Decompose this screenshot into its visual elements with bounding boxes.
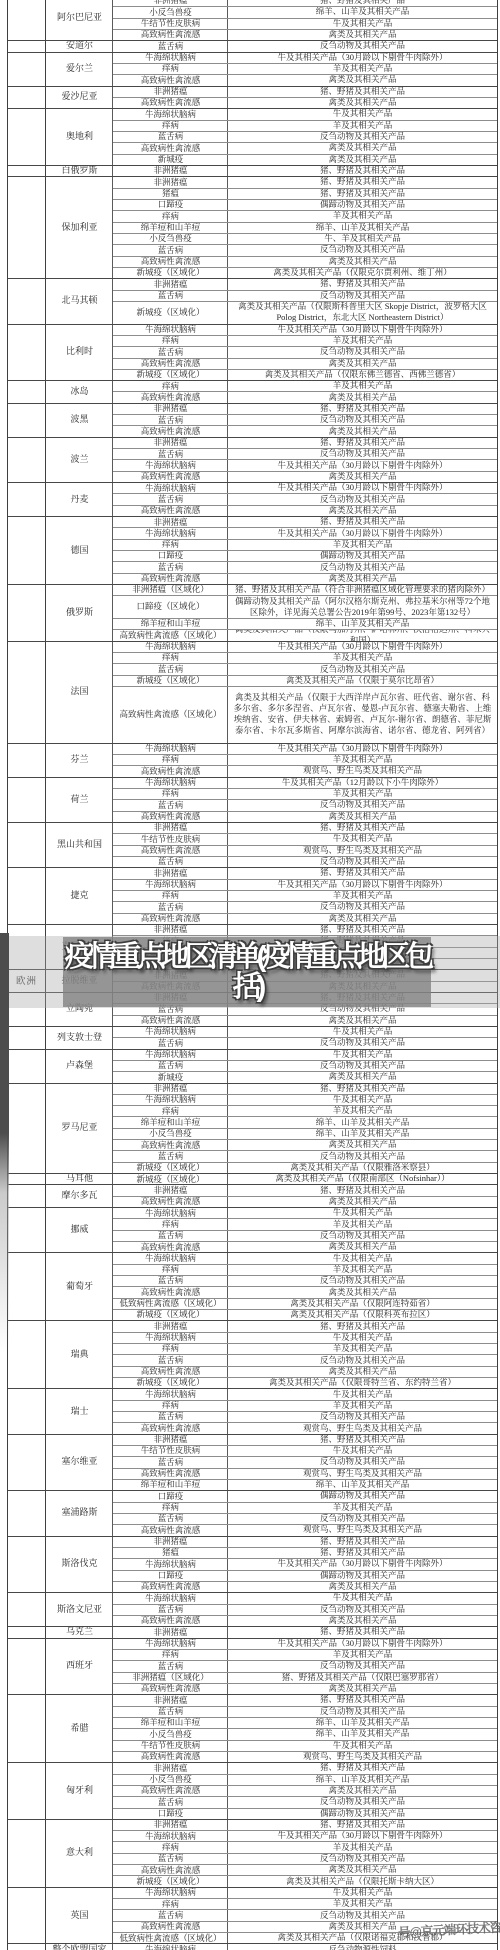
disease-cell: 非洲猪瘟（区域化） (113, 584, 228, 595)
products-cell: 绵羊、山羊及其相关产品 (228, 6, 497, 17)
products-cell: 绵羊、山羊及其相关产品 (228, 1479, 497, 1490)
table-row: 非洲猪瘟猪、野猪及其相关产品 (113, 867, 497, 878)
products-cell: 反刍动物及其相关产品 (228, 1660, 497, 1671)
table-row: 牛海绵状脑病牛及其相关产品 (113, 108, 497, 119)
table-row: 高致病性禽流感禽类及其相关产品 (113, 391, 497, 402)
disease-cell: 非洲猪瘟 (113, 1536, 228, 1547)
disease-cell: 绵羊痘和山羊痘 (113, 222, 228, 233)
disease-cell: 新城疫（区域化） (113, 267, 228, 278)
disease-cell: 牛海绵状脑病 (113, 1943, 228, 1950)
table-row: 蓝舌病反刍动物及其相关产品 (113, 1604, 497, 1615)
products-cell: 羊及其相关产品 (228, 539, 497, 550)
products-cell: 猪、野猪及其相关产品 (228, 822, 497, 833)
products-cell: 羊及其相关产品 (228, 754, 497, 765)
products-cell: 牛及其相关产品 (228, 1207, 497, 1218)
products-cell: 牛及其相关产品 (228, 833, 497, 844)
table-row: 蓝舌病反刍动物及其相关产品 (113, 901, 497, 912)
products-cell: 猪、野猪及其相关产品 (228, 867, 497, 878)
table-row: 牛海绵状脑病牛及其相关产品 (113, 1332, 497, 1343)
disease-cell: 牛海绵状脑病 (113, 1094, 228, 1105)
disease-cell: 痒病 (113, 1105, 228, 1116)
disease-cell: 蓝舌病 (113, 244, 228, 255)
disease-cell: 高致病性禽流感 (113, 1241, 228, 1252)
disease-cell: 口蹄疫 (113, 1808, 228, 1819)
products-cell: 禽类及其相关产品 (228, 391, 497, 402)
disease-cell: 口蹄疫 (113, 550, 228, 561)
table-row: 高致病性禽流感观赏鸟、野生鸟类及其相关产品 (113, 1524, 497, 1535)
country-name-cell: 冰岛 (46, 380, 113, 403)
country-block: 罗马尼亚非洲猪瘟猪、野猪及其相关产品牛海绵状脑病牛及其相关产品痒病羊及其相关产品… (46, 1083, 497, 1174)
products-cell: 猪、野猪及其相关产品 (228, 1434, 497, 1445)
table-row: 蓝舌病反刍动物及其相关产品 (113, 1275, 497, 1286)
disease-rows: 新城疫（区域化）禽类及其相关产品（仅限南部区（Nofsinhar）） (113, 1173, 497, 1184)
products-cell: 禽类及其相关产品（仅限阿连特茹省） (228, 1298, 497, 1309)
disease-cell: 绵羊痘和山羊痘 (113, 618, 228, 629)
products-cell: 牛及其相关产品 (228, 1026, 497, 1037)
disease-cell: 蓝舌病 (113, 799, 228, 810)
disease-cell: 高致病性禽流感 (113, 1581, 228, 1592)
country-block: 列支敦士登牛海绵状脑病牛及其相关产品蓝舌病反刍动物及其相关产品 (46, 1026, 497, 1049)
table-row: 痒病羊及其相关产品 (113, 1502, 497, 1513)
disease-cell: 牛结节性皮肤病 (113, 1740, 228, 1751)
disease-cell: 小反刍兽疫 (113, 6, 228, 17)
products-cell: 禽类及其相关产品（仅限于莫尔比昂省） (228, 675, 497, 686)
products-cell: 反刍动物及其相关产品 (228, 1354, 497, 1365)
products-cell: 猪、野猪及其相关产品 (228, 1184, 497, 1195)
table-row: 口蹄疫偶蹄动物及其相关产品 (113, 1490, 497, 1501)
products-cell: 猪、野猪及其相关产品 (228, 1626, 497, 1637)
products-cell: 禽类及其相关产品 (228, 425, 497, 436)
products-cell: 禽类及其相关产品（仅限雅洛米察县） (228, 1162, 497, 1173)
country-block: 匈牙利非洲猪瘟猪、野猪及其相关产品小反刍兽疫绵羊、山羊及其相关产品高致病性禽流感… (46, 1762, 497, 1819)
products-cell: 绵羊、山羊及其相关产品 (228, 1728, 497, 1739)
products-cell: 反刍动物及其相关产品 (228, 1275, 497, 1286)
disease-cell: 蓝舌病 (113, 1909, 228, 1920)
table-row: 高致病性禽流感禽类及其相关产品 (113, 1864, 497, 1875)
table-row: 绵羊痘和山羊痘绵羊、山羊及其相关产品 (113, 1116, 497, 1127)
country-name-cell: 丹麦 (46, 482, 113, 516)
disease-cell: 牛海绵状脑病 (113, 324, 228, 335)
disease-rows: 牛海绵状脑病牛及其相关产品蓝舌病反刍动物及其相关产品高致病性禽流感禽类及其相关产… (113, 1592, 497, 1626)
table-row: 蓝舌病反刍动物及其相关产品 (113, 1411, 497, 1422)
disease-cell: 高致病性禽流感 (113, 765, 228, 776)
disease-rows: 牛海绵状脑病牛及其相关产品（30月龄以下剔骨牛肉除外）蓝舌病反刍动物及其相关产品… (113, 482, 497, 516)
products-cell: 反刍动物及其相关产品 (228, 1037, 497, 1048)
country-block: 乌克兰非洲猪瘟猪、野猪及其相关产品 (46, 1626, 497, 1637)
disease-cell: 非洲猪瘟 (113, 403, 228, 414)
disease-cell: 高致病性禽流感 (113, 1286, 228, 1297)
products-cell: 禽类及其相关产品 (228, 573, 497, 584)
table-row: 痒病羊及其相关产品 (113, 754, 497, 765)
disease-cell: 非洲猪瘟 (113, 176, 228, 187)
products-cell: 禽类及其相关产品（仅限于大西洋岸卢瓦尔省、旺代省、谢尔省、科多尔省、多尔多涅省、… (228, 686, 497, 743)
country-block: 挪威牛海绵状脑病牛及其相关产品痒病羊及其相关产品蓝舌病反刍动物及其相关产品高致病… (46, 1207, 497, 1252)
continent-label: 欧洲 (8, 973, 45, 987)
disease-cell: 痒病 (113, 1649, 228, 1660)
disease-rows: 非洲猪瘟猪、野猪及其相关产品高致病性禽流感禽类及其相关产品 (113, 1184, 497, 1207)
country-name-cell: 捷克 (46, 867, 113, 924)
disease-cell: 牛海绵状脑病 (113, 482, 228, 493)
products-cell: 牛及其相关产品（30月龄以下剔骨牛肉除外） (228, 1638, 497, 1649)
disease-rows: 非洲猪瘟猪、野猪及其相关产品蓝舌病反刍动物及其相关产品新城疫（区域化）禽类及其相… (113, 278, 497, 323)
table-row: 痒病羊及其相关产品 (113, 210, 497, 221)
products-cell: 绵羊、山羊及其相关产品 (228, 618, 497, 629)
table-row: 牛海绵状脑病牛及其相关产品（30月龄以下剔骨牛肉除外） (113, 324, 497, 335)
table-row: 蓝舌病反刍动物及其相关产品 (113, 561, 497, 572)
table-row: 蓝舌病反刍动物及其相关产品 (113, 1150, 497, 1161)
disease-cell: 牛海绵状脑病 (113, 777, 228, 788)
products-cell: 牛及其相关产品 (228, 1332, 497, 1343)
disease-rows: 非洲猪瘟猪、野猪及其相关产品牛海绵状脑病牛及其相关产品（30月龄以下剔骨牛肉除外… (113, 867, 497, 924)
country-block: 希腊非洲猪瘟猪、野猪及其相关产品蓝舌病反刍动物及其相关产品绵羊痘和山羊痘绵羊、山… (46, 1694, 497, 1762)
table-row: 高致病性禽流感观赏鸟、野生鸟类及其相关产品 (113, 765, 497, 776)
table-row: 非洲猪瘟猪、野猪及其相关产品 (113, 437, 497, 448)
products-cell: 禽类及其相关产品（仅限东佛兰德省、西佛兰德省） (228, 369, 497, 380)
products-cell: 反刍动物及其相关产品 (228, 1150, 497, 1161)
disease-rows: 非洲猪瘟猪、野猪及其相关产品牛海绵状脑病牛及其相关产品痒病羊及其相关产品蓝舌病反… (113, 1320, 497, 1388)
disease-cell: 高致病性禽流感 (113, 29, 228, 40)
disease-cell: 高致病性禽流感 (113, 1921, 228, 1932)
products-cell: 禽类及其相关产品 (228, 1286, 497, 1297)
country-block: 白俄罗斯非洲猪瘟猪、野猪及其相关产品 (46, 165, 497, 176)
disease-cell: 牛海绵状脑病 (113, 1252, 228, 1263)
products-cell: 羊及其相关产品 (228, 1898, 497, 1909)
products-cell: 牛及其相关产品 (228, 1592, 497, 1603)
disease-cell: 蓝舌病 (113, 414, 228, 425)
table-row: 非洲猪瘟猪、野猪及其相关产品 (113, 1694, 497, 1705)
products-cell: 绵羊、山羊及其相关产品 (228, 222, 497, 233)
products-cell: 禽类及其相关产品 (228, 1139, 497, 1150)
products-cell: 牛及其相关产品（30月龄以下剔骨牛肉除外） (228, 641, 497, 652)
country-name-cell: 塞尔维亚 (46, 1434, 113, 1491)
disease-cell: 牛海绵状脑病 (113, 1558, 228, 1569)
products-cell: 偶蹄动物及其相关产品（阿尔汉格尔斯克州、弗拉基米尔州等72个地区除外，详见海关总… (228, 595, 497, 618)
table-row: 非洲猪瘟猪、野猪及其相关产品 (113, 86, 497, 97)
products-cell: 禽类及其相关产品 (228, 811, 497, 822)
country-block: 马耳他新城疫（区域化）禽类及其相关产品（仅限南部区（Nofsinhar）） (46, 1173, 497, 1184)
table-row: 高致病性禽流感观赏鸟、野生鸟类及其相关产品 (113, 1422, 497, 1433)
country-name-cell: 芬兰 (46, 743, 113, 777)
table-row: 绵羊痘和山羊痘绵羊、山羊及其相关产品 (113, 1717, 497, 1728)
products-cell: 反刍动物及其相关产品 (228, 561, 497, 572)
country-block: 比利时牛海绵状脑病牛及其相关产品（30月龄以下剔骨牛肉除外）痒病羊及其相关产品蓝… (46, 324, 497, 381)
table-row: 高致病性禽流感禽类及其相关产品 (113, 471, 497, 482)
country-block: 荷兰牛海绵状脑病牛及其相关产品（12月龄以下小牛肉除外）痒病羊及其相关产品蓝舌病… (46, 777, 497, 822)
disease-cell: 高致病性禽流感 (113, 845, 228, 856)
products-cell: 禽类及其相关产品 (228, 1581, 497, 1592)
country-block: 奥地利牛海绵状脑病牛及其相关产品痒病羊及其相关产品蓝舌病反刍动物及其相关产品高致… (46, 108, 497, 165)
products-cell: 绵羊、山羊及其相关产品 (228, 1717, 497, 1728)
products-cell: 牛及其相关产品 (228, 1094, 497, 1105)
disease-cell: 痒病 (113, 1400, 228, 1411)
disease-cell: 痒病 (113, 754, 228, 765)
disease-cell: 痒病 (113, 1841, 228, 1852)
products-cell: 反刍动物及其相关产品 (228, 1060, 497, 1071)
table-row: 痒病羊及其相关产品 (113, 539, 497, 550)
products-cell: 猪、野猪及其相关产品 (228, 165, 497, 176)
disease-cell: 痒病 (113, 63, 228, 74)
disease-cell: 高致病性禽流感 (113, 505, 228, 516)
products-cell: 猪、野猪及其相关产品 (228, 516, 497, 527)
table-row: 痒病羊及其相关产品 (113, 652, 497, 663)
table-row: 新城疫（区域化）禽类及其相关产品（仅限南部区（Nofsinhar）） (113, 1173, 497, 1184)
products-cell: 反刍动物及其相关产品 (228, 493, 497, 504)
products-cell: 羊及其相关产品 (228, 652, 497, 663)
table-row: 牛海绵状脑病牛及其相关产品（30月龄以下剔骨牛肉除外） (113, 52, 497, 63)
country-name-cell: 保加利亚 (46, 176, 113, 278)
country-name-cell: 乌克兰 (46, 1626, 113, 1637)
table-row: 牛海绵状脑病牛及其相关产品（30月龄以下剔骨牛肉除外） (113, 1638, 497, 1649)
products-cell: 牛及其相关产品（30月龄以下剔骨牛肉除外） (228, 879, 497, 890)
products-cell: 牛及其相关产品 (228, 1445, 497, 1456)
country-block: 北马其顿非洲猪瘟猪、野猪及其相关产品蓝舌病反刍动物及其相关产品新城疫（区域化）禽… (46, 278, 497, 323)
table-row: 牛海绵状脑病牛及其相关产品（30月龄以下剔骨牛肉除外） (113, 527, 497, 538)
disease-cell: 高致病性禽流感 (113, 142, 228, 153)
disease-rows: 非洲猪瘟猪、野猪及其相关产品牛结节性皮肤病牛及其相关产品高致病性禽流感观赏鸟、野… (113, 822, 497, 867)
table-row: 口蹄疫偶蹄动物及其相关产品 (113, 199, 497, 210)
disease-cell: 非洲猪瘟 (113, 1762, 228, 1773)
country-name-cell: 意大利 (46, 1819, 113, 1887)
products-cell: 反刍动物及其相关产品 (228, 346, 497, 357)
table-row: 非洲猪瘟猪、野猪及其相关产品 (113, 1819, 497, 1830)
disease-cell: 新城疫（区域化） (113, 1377, 228, 1388)
table-row: 痒病羊及其相关产品 (113, 1264, 497, 1275)
country-block: 西班牙牛海绵状脑病牛及其相关产品（30月龄以下剔骨牛肉除外）痒病羊及其相关产品蓝… (46, 1638, 497, 1695)
disease-cell: 蓝舌病 (113, 1853, 228, 1864)
disease-cell: 高致病性禽流感 (113, 811, 228, 822)
disease-cell: 非洲猪瘟 (113, 1083, 228, 1094)
disease-cell: 痒病 (113, 1218, 228, 1229)
table-row: 牛结节性皮肤病牛及其相关产品 (113, 1740, 497, 1751)
disease-cell: 高致病性禽流感 (113, 1615, 228, 1626)
table-row: 痒病羊及其相关产品 (113, 1649, 497, 1660)
products-cell: 反刍动物及其相关产品 (228, 663, 497, 674)
table-row: 蓝舌病反刍动物及其相关产品 (113, 1660, 497, 1671)
products-cell: 羊及其相关产品 (228, 1400, 497, 1411)
table-row: 蓝舌病反刍动物及其相关产品 (113, 1513, 497, 1524)
table-row: 猪瘟猪、野猪及其相关产品 (113, 188, 497, 199)
disease-cell: 口蹄疫 (113, 1490, 228, 1501)
country-block: 安道尔蓝舌病反刍动物及其相关产品 (46, 40, 497, 51)
disease-cell: 痒病 (113, 120, 228, 131)
disease-cell: 小反刍兽疫 (113, 1728, 228, 1739)
country-name-cell: 罗马尼亚 (46, 1083, 113, 1174)
products-cell: 猪、野猪及其相关产品 (228, 1320, 497, 1331)
products-cell: 禽类及其相关产品 (228, 505, 497, 516)
table-row: 蓝舌病反刍动物及其相关产品 (113, 346, 497, 357)
disease-rows: 非洲猪瘟猪、野猪及其相关产品牛海绵状脑病牛及其相关产品（30月龄以下剔骨牛肉除外… (113, 516, 497, 584)
country-name-cell: 波黑 (46, 403, 113, 437)
country-block: 斯洛文尼亚牛海绵状脑病牛及其相关产品蓝舌病反刍动物及其相关产品高致病性禽流感禽类… (46, 1592, 497, 1626)
table-row: 痒病羊及其相关产品 (113, 120, 497, 131)
products-cell: 牛及其相关产品 (228, 1887, 497, 1898)
products-cell: 反刍动物及其相关产品 (228, 131, 497, 142)
table-row: 猪瘟猪、野猪及其相关产品 (113, 1547, 497, 1558)
disease-cell: 牛海绵状脑病 (113, 527, 228, 538)
country-name-cell: 波兰 (46, 437, 113, 482)
table-row: 低致病性禽流感（区域化）禽类及其相关产品（仅限阿连特茹省） (113, 1298, 497, 1309)
country-block: 瑞士牛海绵状脑病牛及其相关产品痒病羊及其相关产品蓝舌病反刍动物及其相关产品高致病… (46, 1388, 497, 1433)
products-cell: 禽类及其相关产品 (228, 1615, 497, 1626)
country-block: 德国非洲猪瘟猪、野猪及其相关产品牛海绵状脑病牛及其相关产品（30月龄以下剔骨牛肉… (46, 516, 497, 584)
disease-cell: 口蹄疫 (113, 1570, 228, 1581)
country-name-cell: 葡萄牙 (46, 1252, 113, 1320)
table-row: 蓝舌病反刍动物及其相关产品 (113, 244, 497, 255)
products-cell: 禽类及其相关产品（仅限克尔贾利州、维丁州） (228, 267, 497, 278)
products-cell: 观赏鸟、野生鸟类及其相关产品 (228, 1524, 497, 1535)
country-name-cell: 爱沙尼亚 (46, 86, 113, 109)
disease-cell: 猪瘟 (113, 1547, 228, 1558)
products-cell: 反刍动物及其相关产品 (228, 414, 497, 425)
country-name-cell: 卢森堡 (46, 1049, 113, 1083)
disease-cell: 高致病性禽流感 (113, 1422, 228, 1433)
disease-cell: 蓝舌病 (113, 1037, 228, 1048)
table-row: 高致病性禽流感禽类及其相关产品 (113, 1785, 497, 1796)
country-name-cell: 匈牙利 (46, 1762, 113, 1819)
products-cell: 偶蹄动物及其相关产品 (228, 199, 497, 210)
products-cell: 禽类及其相关产品 (228, 1196, 497, 1207)
table-row: 非洲猪瘟猪、野猪及其相关产品 (113, 165, 497, 176)
disease-cell: 蓝舌病 (113, 131, 228, 142)
table-row: 牛海绵状脑病牛及其相关产品（12月龄以下小牛肉除外） (113, 777, 497, 788)
products-cell: 羊及其相关产品 (228, 890, 497, 901)
disease-cell: 痒病 (113, 1343, 228, 1354)
disease-cell: 高致病性禽流感 (113, 97, 228, 108)
products-cell: 禽类及其相关产品 (228, 471, 497, 482)
table-row: 蓝舌病反刍动物及其相关产品 (113, 1456, 497, 1467)
products-cell: 反刍动物及其相关产品 (228, 1706, 497, 1717)
disease-cell: 牛海绵状脑病 (113, 1388, 228, 1399)
disease-cell: 非洲猪瘟 (113, 867, 228, 878)
products-cell: 反刍动物及其相关产品 (228, 448, 497, 459)
disease-cell: 高致病性禽流感 (113, 1366, 228, 1377)
products-cell: 羊及其相关产品 (228, 335, 497, 346)
disease-cell: 口蹄疫 (113, 199, 228, 210)
products-cell: 反刍动物及其相关产品 (228, 290, 497, 301)
disease-rows: 牛海绵状脑病牛及其相关产品（30月龄以下剔骨牛肉除外）痒病羊及其相关产品高致病性… (113, 743, 497, 777)
table-row: 蓝舌病反刍动物及其相关产品 (113, 1354, 497, 1365)
disease-rows: 非洲猪瘟猪、野猪及其相关产品小反刍兽疫绵羊、山羊及其相关产品牛结节性皮肤病牛及其… (113, 0, 497, 40)
table-row: 蓝舌病反刍动物及其相关产品 (113, 414, 497, 425)
table-row: 蓝舌病反刍动物及其相关产品 (113, 856, 497, 867)
disease-cell: 牛海绵状脑病 (113, 52, 228, 63)
products-cell: 偶蹄动物及其相关产品 (228, 550, 497, 561)
country-name-cell: 斯洛文尼亚 (46, 1592, 113, 1626)
table-row: 高致病性禽流感（区域化）禽类及其相关产品（仅限马加丹州、萨哈林州、沃洛格达州、科… (113, 629, 497, 640)
disease-cell: 蓝舌病 (113, 1456, 228, 1467)
table-row: 蓝舌病反刍动物及其相关产品 (113, 1060, 497, 1071)
table-row: 蓝舌病反刍动物及其相关产品 (113, 799, 497, 810)
table-row: 牛结节性皮肤病牛及其相关产品 (113, 1445, 497, 1456)
products-cell: 观赏鸟、野生鸟类及其相关产品 (228, 845, 497, 856)
table-row: 蓝舌病反刍动物及其相关产品 (113, 131, 497, 142)
products-cell: 猪、野猪及其相关产品 (228, 1762, 497, 1773)
disease-cell: 高致病性禽流感 (113, 358, 228, 369)
table-row: 小反刍兽疫绵羊、山羊及其相关产品 (113, 1774, 497, 1785)
disease-cell: 小反刍兽疫 (113, 233, 228, 244)
table-row: 蓝舌病反刍动物及其相关产品 (113, 40, 497, 51)
products-cell: 禽类及其相关产品（仅限南部区（Nofsinhar）） (228, 1173, 497, 1184)
table-row: 牛海绵状脑病牛及其相关产品（30月龄以下剔骨牛肉除外） (113, 459, 497, 470)
products-cell: 反刍动物及其相关产品 (228, 901, 497, 912)
table-row: 高致病性禽流感（区域化）禽类及其相关产品（仅限于大西洋岸卢瓦尔省、旺代省、谢尔省… (113, 686, 497, 743)
products-cell: 羊及其相关产品 (228, 1343, 497, 1354)
country-name-cell: 奥地利 (46, 108, 113, 165)
table-row: 非洲猪瘟猪、野猪及其相关产品 (113, 1320, 497, 1331)
disease-cell: 蓝舌病 (113, 1513, 228, 1524)
table-row: 牛海绵状脑病牛及其相关产品 (113, 1887, 497, 1898)
table-row: 口蹄疫偶蹄动物及其相关产品 (113, 1570, 497, 1581)
table-row: 高致病性禽流感观赏鸟、野生鸟类及其相关产品 (113, 845, 497, 856)
disease-cell: 蓝舌病 (113, 40, 228, 51)
table-row: 新城疫（区域化）禽类及其相关产品（仅限雅洛米察县） (113, 1162, 497, 1173)
table-row: 高致病性禽流感禽类及其相关产品 (113, 256, 497, 267)
table-row: 痒病羊及其相关产品 (113, 1841, 497, 1852)
table-row: 新城疫禽类及其相关产品 (113, 154, 497, 165)
table-row: 蓝舌病反刍动物及其相关产品 (113, 1853, 497, 1864)
disease-cell: 牛海绵状脑病 (113, 879, 228, 890)
disease-cell: 牛海绵状脑病 (113, 1026, 228, 1037)
products-cell: 偶蹄动物及其相关产品 (228, 1490, 497, 1501)
table-row: 高致病性禽流感禽类及其相关产品 (113, 1581, 497, 1592)
disease-cell: 非洲猪瘟 (113, 165, 228, 176)
products-cell: 禽类及其相关产品 (228, 1683, 497, 1694)
table-row: 非洲猪瘟猪、野猪及其相关产品 (113, 1434, 497, 1445)
country-block: 葡萄牙牛海绵状脑病牛及其相关产品痒病羊及其相关产品蓝舌病反刍动物及其相关产品高致… (46, 1252, 497, 1320)
table-row: 高致病性禽流感禽类及其相关产品 (113, 1683, 497, 1694)
table-row: 口蹄疫偶蹄动物及其相关产品 (113, 1808, 497, 1819)
disease-cell: 高致病性禽流感（区域化） (113, 686, 228, 743)
table-row: 蓝舌病反刍动物及其相关产品 (113, 1796, 497, 1807)
products-cell: 羊及其相关产品 (228, 380, 497, 391)
disease-cell: 高致病性禽流感 (113, 1139, 228, 1150)
products-cell: 牛及其相关产品 (228, 108, 497, 119)
products-cell: 禽类及其相关产品 (228, 1071, 497, 1082)
disease-cell: 蓝舌病 (113, 663, 228, 674)
disease-rows: 牛海绵状脑病牛及其相关产品（30月龄以下剔骨牛肉除外）痒病羊及其相关产品蓝舌病反… (113, 641, 497, 743)
table-row: 痒病羊及其相关产品 (113, 1218, 497, 1229)
products-cell: 反刍动物及其相关产品 (228, 1513, 497, 1524)
disease-rows: 牛海绵状脑病牛及其相关产品痒病羊及其相关产品蓝舌病反刍动物及其相关产品高致病性禽… (113, 1252, 497, 1320)
table-row: 痒病羊及其相关产品 (113, 63, 497, 74)
table-row: 绵羊痘和山羊痘绵羊、山羊及其相关产品 (113, 1479, 497, 1490)
disease-cell: 蓝舌病 (113, 493, 228, 504)
table-row: 牛海绵状脑病牛及其相关产品（30月龄以下剔骨牛肉除外） (113, 1558, 497, 1569)
country-name-cell: 斯洛伐克 (46, 1536, 113, 1593)
country-name-cell: 西班牙 (46, 1638, 113, 1695)
table-row: 非洲猪瘟猪、野猪及其相关产品 (113, 1083, 497, 1094)
products-cell: 牛及其相关产品 (228, 1252, 497, 1263)
disease-cell: 牛海绵状脑病 (113, 743, 228, 754)
products-cell: 牛及其相关产品（30月龄以下剔骨牛肉除外） (228, 527, 497, 538)
disease-cell: 新城疫（区域化） (113, 1162, 228, 1173)
disease-cell: 痒病 (113, 890, 228, 901)
products-cell: 羊及其相关产品 (228, 63, 497, 74)
disease-cell: 痒病 (113, 788, 228, 799)
products-cell: 禽类及其相关产品 (228, 74, 497, 85)
disease-cell: 高致病性禽流感 (113, 425, 228, 436)
disease-cell: 新城疫（区域化） (113, 1173, 228, 1184)
products-cell: 反刍动物及其相关产品 (228, 1853, 497, 1864)
disease-cell: 低致病性禽流感（区域化） (113, 1932, 228, 1943)
disease-cell: 新城疫（区域化） (113, 1875, 228, 1886)
disease-rows: 牛海绵状脑病牛及其相关产品（30月龄以下剔骨牛肉除外）痒病羊及其相关产品蓝舌病反… (113, 324, 497, 381)
products-cell: 羊及其相关产品 (228, 1218, 497, 1229)
products-cell: 偶蹄动物及其相关产品 (228, 1808, 497, 1819)
table-row: 牛海绵状脑病牛及其相关产品 (113, 1252, 497, 1263)
products-cell: 牛及其相关产品 (228, 1740, 497, 1751)
products-cell: 羊及其相关产品 (228, 1502, 497, 1513)
